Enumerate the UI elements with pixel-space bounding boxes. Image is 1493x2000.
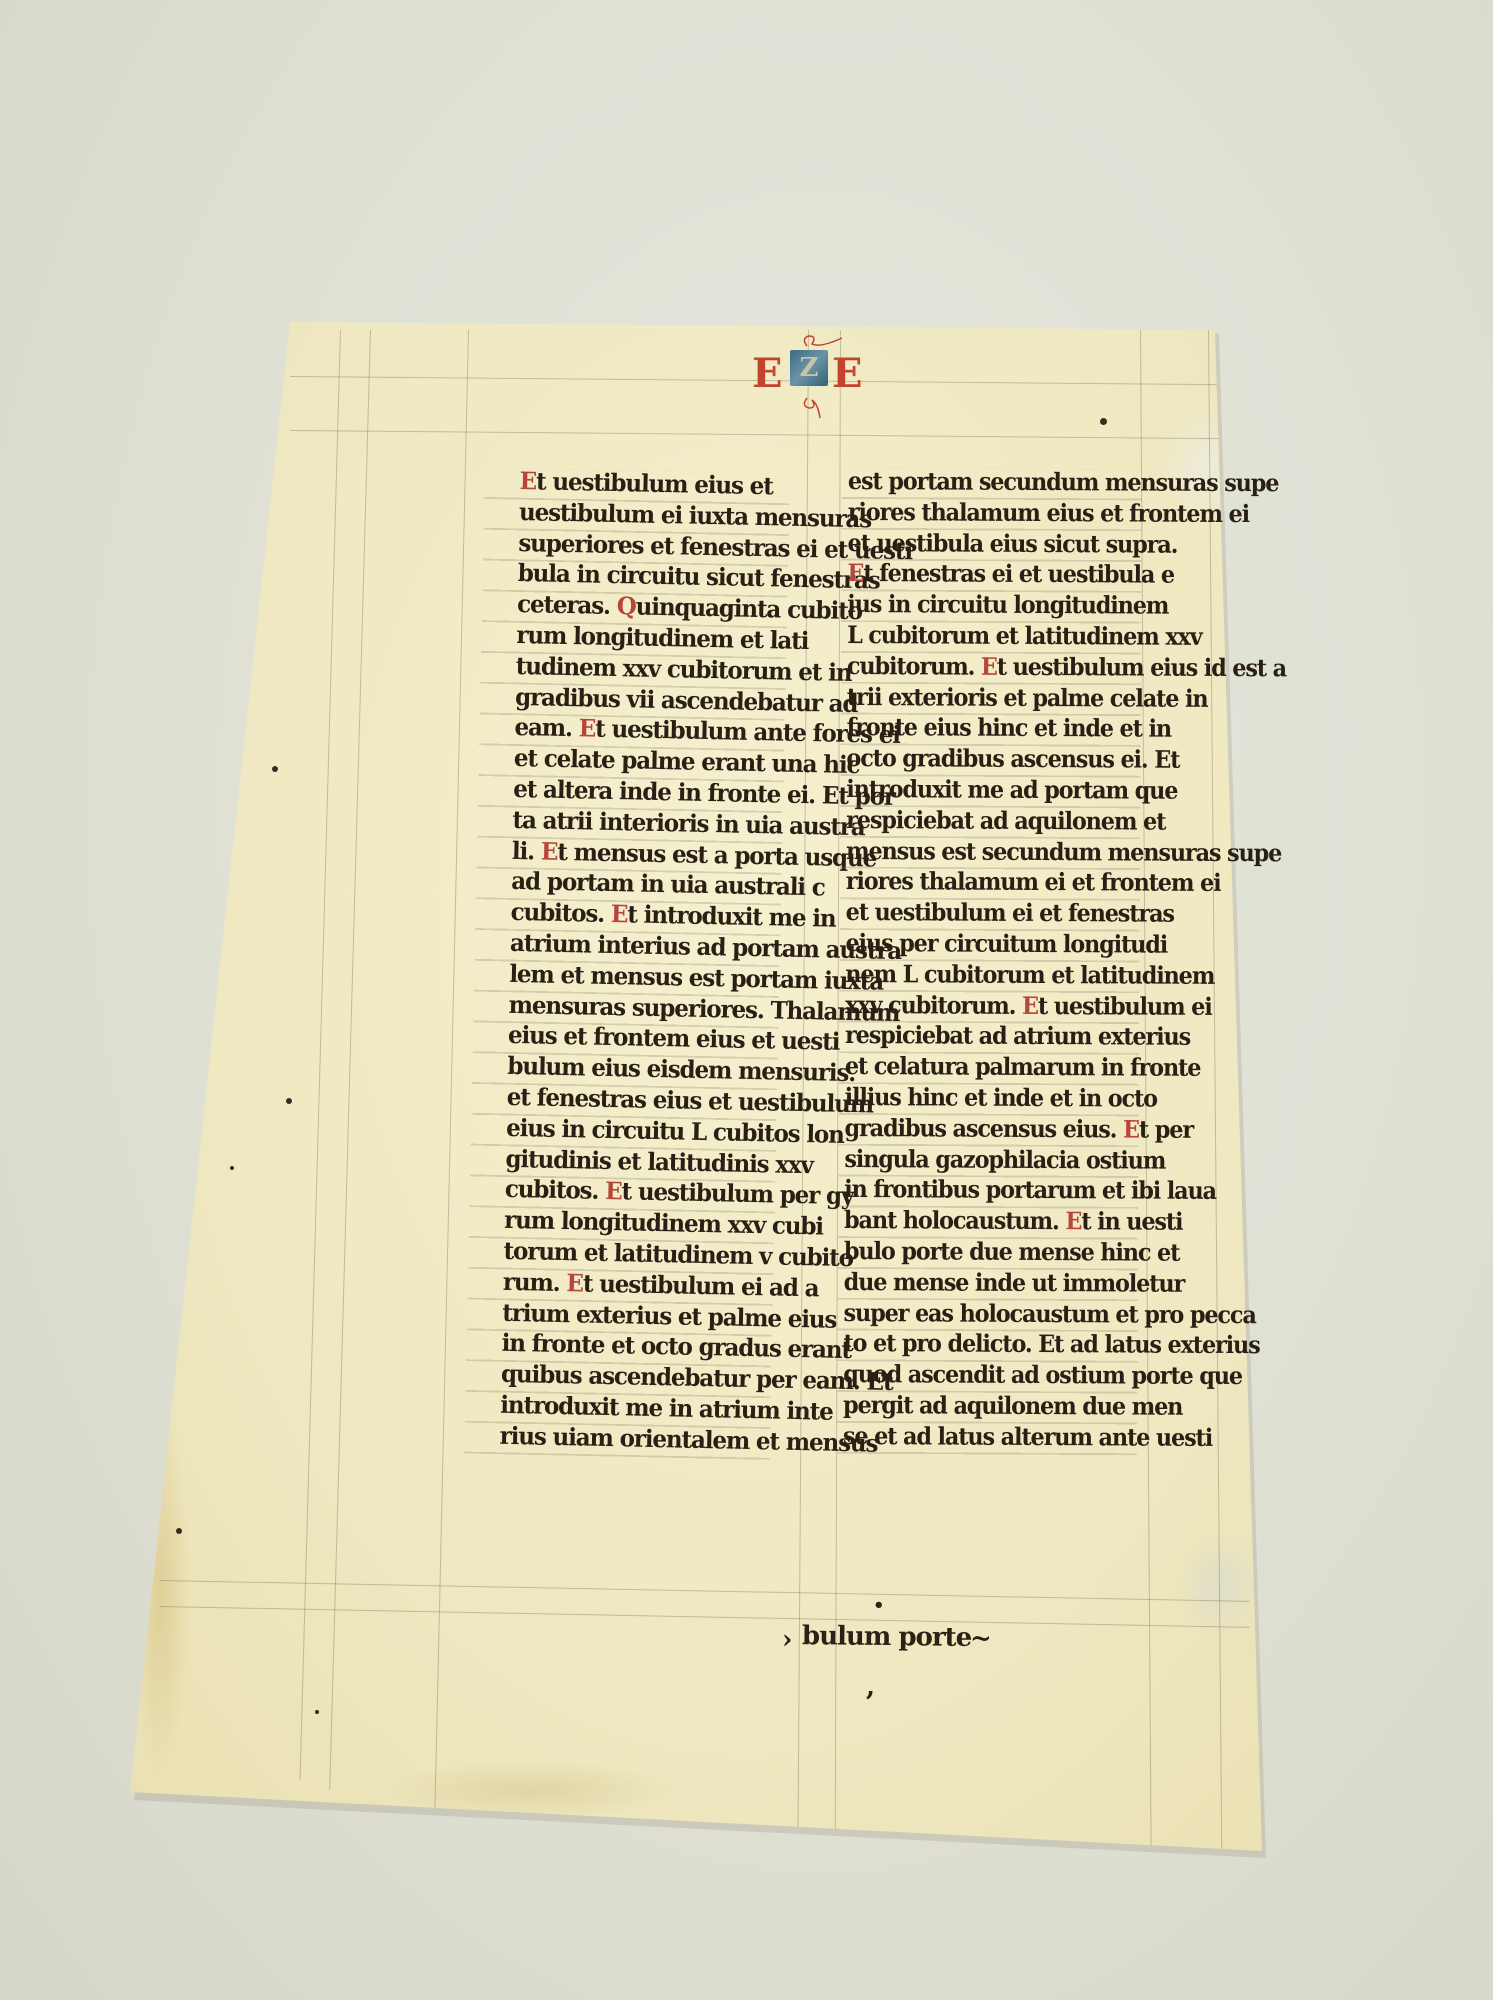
rubricated-initial: E [519, 466, 536, 495]
text-line: pergit ad aquilonem due men [843, 1390, 1282, 1423]
text-line: nem L cubitorum et latitudinem [845, 959, 1284, 992]
text-line: et celatura palmarum in fronte [845, 1051, 1284, 1084]
catchword-dot-mark: • [873, 1595, 885, 1616]
text-line: octo gradibus ascensus ei. Et [846, 743, 1285, 776]
pricking-hole [272, 766, 278, 772]
catchword-comma-mark: , [866, 1672, 875, 1702]
text-line: in frontibus portarum et ibi laua [844, 1174, 1283, 1207]
rubricated-initial: E [847, 558, 863, 587]
text-line: xxv cubitorum. Et uestibulum ei [845, 990, 1284, 1023]
rubricated-initial: E [1065, 1206, 1081, 1235]
text-line: quod ascendit ad ostium porte que [843, 1359, 1282, 1392]
catchword: bulum porte [802, 1621, 972, 1653]
text-line: bant holocaustum. Et in uesti [844, 1205, 1283, 1238]
text-line: due mense inde ut immoletur [844, 1267, 1283, 1300]
text-line: singula gazophilacia ostium [844, 1144, 1283, 1177]
ruling-line [290, 430, 1220, 439]
text-line: et uestibula eius sicut supra. [848, 528, 1287, 561]
text-line: gradibus ascensus eius. Et per [844, 1113, 1283, 1146]
text-line: ius in circuitu longitudinem [847, 589, 1286, 622]
text-line: Et fenestras ei et uestibula e [847, 558, 1286, 591]
text-line: eius per circuitum longitudi [845, 928, 1284, 961]
rubricated-initial: E [566, 1268, 583, 1297]
rubricated-initial: E [578, 714, 595, 743]
text-line: est portam secundum mensuras supe [848, 466, 1287, 499]
pricking-hole [230, 1166, 234, 1170]
text-line: respiciebat ad atrium exterius [845, 1020, 1284, 1053]
text-line: bulo porte due mense hinc et [844, 1236, 1283, 1269]
text-line: introduxit me ad portam que [846, 774, 1285, 807]
text-line: se et ad latus alterum ante uesti [843, 1421, 1282, 1454]
text-line: mensus est secundum mensuras supe [846, 836, 1285, 869]
text-line: respiciebat ad aquilonem et [846, 805, 1285, 838]
text-line: cubitorum. Et uestibulum eius id est a [847, 651, 1286, 684]
catchword-bracket-mark: › [782, 1625, 792, 1655]
pricking-hole [286, 1098, 292, 1104]
pricking-hole [176, 1528, 182, 1534]
text-line: super eas holocaustum et pro pecca [843, 1298, 1282, 1331]
rubricated-initial: E [1022, 990, 1038, 1019]
catchword-tilde-mark: ~ [970, 1624, 992, 1654]
rubricated-initial: E [611, 899, 628, 928]
rubricated-initial: E [541, 836, 558, 865]
pen-flourish-icon [752, 328, 872, 408]
pricking-hole [1100, 418, 1107, 425]
text-line: L cubitorum et latitudinem xxv [847, 620, 1286, 653]
pricking-hole [315, 1710, 319, 1714]
catchword-text: bulum porte [802, 1621, 972, 1653]
foxing-stain [130, 1400, 190, 1780]
rubricated-initial: E [605, 1176, 622, 1205]
rubricated-initial: E [981, 651, 997, 680]
ruling-line [160, 1580, 1250, 1602]
text-line: riores thalamum eius et frontem ei [848, 497, 1287, 530]
ruling-line [329, 330, 371, 1789]
rubricated-initial: E [1123, 1114, 1139, 1143]
rubricated-initial: Q [616, 591, 636, 620]
text-line: to et pro delicto. Et ad latus exterius [843, 1328, 1282, 1361]
text-line: et uestibulum ei et fenestras [846, 897, 1285, 930]
text-line: riores thalamum ei et frontem ei [846, 866, 1285, 899]
running-header: E Z E [752, 342, 872, 412]
ruling-line [160, 1606, 1250, 1628]
text-line: trii exterioris et palme celate in [847, 682, 1286, 715]
text-line: illius hinc et inde et in octo [845, 1082, 1284, 1115]
right-text-column: est portam secundum mensuras superiores … [843, 466, 1287, 1454]
text-line: fronte eius hinc et inde et in [847, 712, 1286, 745]
ruling-line [434, 330, 469, 1820]
